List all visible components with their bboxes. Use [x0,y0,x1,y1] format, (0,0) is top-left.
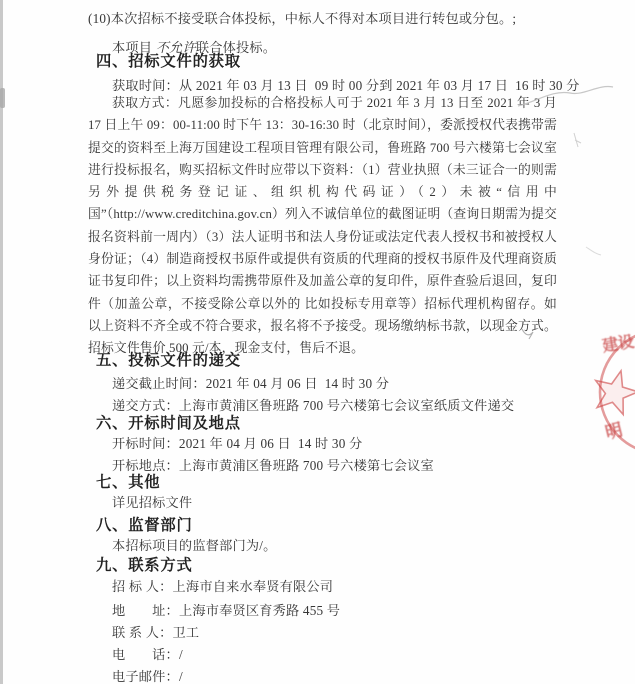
contact-row-address: 地 址：上海市奉贤区育秀路 455 号 [112,600,340,619]
contact-label: 电 话： [112,644,179,663]
pencil-mark-faint [586,247,601,255]
section-heading-5: 五、投标文件的递交 [96,348,241,370]
section-heading-7: 七、其他 [96,470,160,492]
seal-text-top: 建设 [600,329,635,357]
scan-edge-smudge [0,88,5,108]
section-heading-6: 六、开标时间及地点 [96,411,241,433]
contact-label: 联 系 人： [112,622,173,641]
contact-row-person: 联 系 人：卫工 [112,622,199,641]
contact-label: 地 址： [112,600,179,619]
seal-text-bottom: 明 [602,415,625,443]
red-official-seal-partial: 建设 明 [575,325,635,465]
contact-value: 卫工 [173,625,200,640]
contact-label: 电子邮件： [112,666,179,684]
contact-label: 招 标 人： [112,576,173,595]
seal-circle-border [600,330,635,454]
submission-deadline: 递交截止时间：2021 年 04 月 06 日 14 时 30 分 [112,373,389,392]
section-heading-9: 九、联系方式 [96,553,193,575]
section-heading-4: 四、招标文件的获取 [96,49,241,71]
seal-graphic [575,325,635,465]
other-note: 详见招标文件 [112,492,192,511]
seal-star-icon [596,371,635,415]
contact-value: 上海市奉贤区育秀路 455 号 [179,603,340,618]
clause-no-joint-bid: (10)本次招标不接受联合体投标，中标人不得对本项目进行转包或分包。; [88,8,568,27]
supervision-note: 本招标项目的监督部门为/。 [112,535,277,554]
contact-value: / [179,669,183,684]
section-heading-8: 八、监督部门 [96,513,193,535]
contact-row-phone: 电 话：/ [112,644,183,663]
contact-value: / [179,647,183,662]
pencil-mark-small [574,133,581,147]
scanned-tender-document-page: (10)本次招标不接受联合体投标，中标人不得对本项目进行转包或分包。; 本项目 … [0,0,635,684]
opening-time: 开标时间：2021 年 04 月 06 日 14 时 30 分 [112,433,362,452]
contact-row-bidder: 招 标 人：上海市自来水奉贤有限公司 [112,576,333,595]
contact-value: 上海市自来水奉贤有限公司 [173,579,334,594]
contact-row-email: 电子邮件：/ [112,666,183,684]
acquisition-method-paragraph: 获取方式：凡愿参加投标的合格投标人可于 2021 年 3 月 13 日至 202… [88,92,557,360]
